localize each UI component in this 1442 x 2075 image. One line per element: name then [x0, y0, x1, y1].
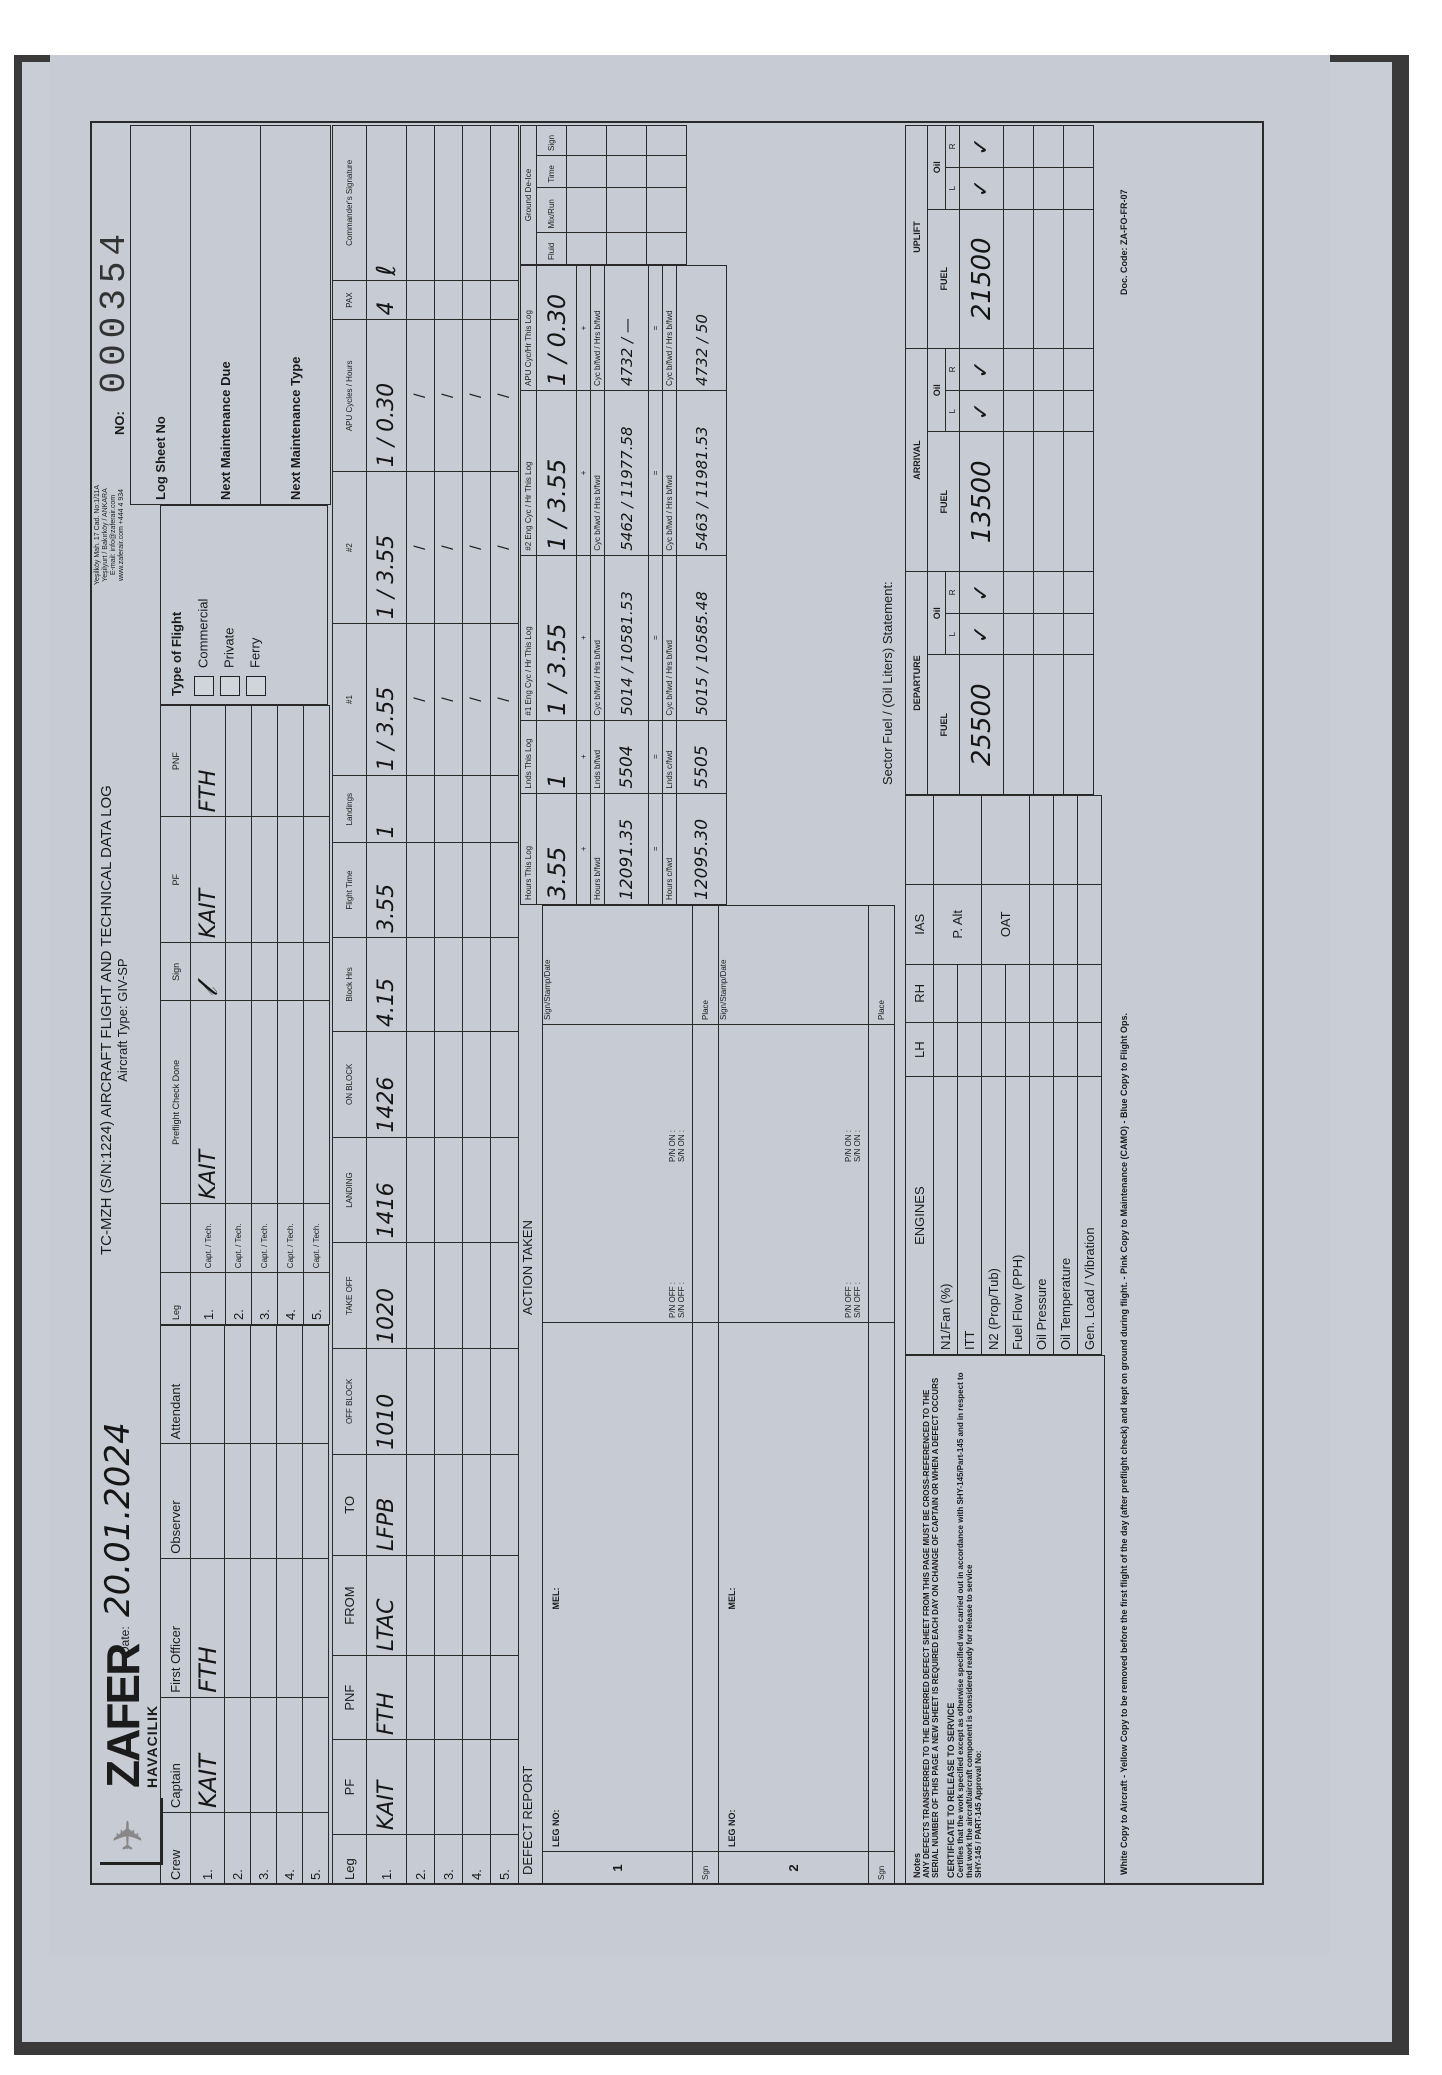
off-block-cell[interactable]: 1010 — [367, 1349, 407, 1455]
eng2-cfwd[interactable]: 5463 / 11981.53 — [677, 390, 727, 555]
pf-cell[interactable] — [435, 1740, 463, 1835]
oil-cell[interactable] — [1064, 126, 1094, 168]
engine-param: ITT — [958, 1077, 982, 1355]
captain-cell[interactable] — [303, 1697, 329, 1812]
oil-cell[interactable] — [1004, 349, 1034, 391]
rh-cell[interactable] — [1006, 964, 1030, 1023]
hours-this-log-header: Hours This Log — [521, 793, 537, 904]
sign-cell[interactable] — [278, 943, 304, 1001]
checkbox[interactable] — [194, 676, 214, 696]
sector-fuel-label: Sector Fuel / (Oil Liters) Statement: — [880, 581, 895, 785]
deice-cell[interactable] — [567, 155, 607, 187]
fuel-cell[interactable] — [1004, 432, 1034, 572]
off-block-cell[interactable] — [491, 1349, 519, 1455]
eng1-cfwd[interactable]: 5015 / 10585.48 — [677, 555, 727, 720]
on-block-cell[interactable] — [407, 1031, 435, 1137]
leg-num: 2. — [407, 1835, 435, 1885]
on-block-header: ON BLOCK — [333, 1031, 367, 1137]
eng1-cell[interactable]: / — [435, 624, 463, 776]
option-private[interactable]: Private — [220, 514, 240, 696]
take-off-cell[interactable]: 1020 — [367, 1243, 407, 1349]
option-label: Ferry — [247, 638, 262, 668]
hours-cfwd[interactable]: 12095.30 — [677, 793, 727, 904]
fuel-cell[interactable] — [1034, 209, 1064, 349]
to-cell[interactable] — [407, 1454, 435, 1555]
to-cell[interactable] — [435, 1454, 463, 1555]
departure-oil-l[interactable]: ✓ — [960, 613, 1004, 655]
next-maint-type[interactable]: Next Maintenance Type — [261, 126, 331, 505]
fo-cell[interactable]: FTH — [191, 1558, 225, 1697]
attendant-cell[interactable] — [191, 1326, 225, 1444]
contact-line: www.zaferair.com +444 4 934 — [118, 455, 126, 615]
on-block-cell[interactable] — [463, 1031, 491, 1137]
pf-acceptance[interactable] — [304, 817, 330, 943]
observer-cell[interactable] — [191, 1444, 225, 1558]
pnf-acceptance[interactable] — [252, 706, 278, 817]
on-block-cell[interactable]: 1426 — [367, 1031, 407, 1137]
pax-header: PAX — [333, 280, 367, 320]
pnf-cell[interactable] — [435, 1656, 463, 1740]
oil-cell[interactable] — [1034, 613, 1064, 655]
crew-row: 4. — [277, 1326, 303, 1885]
oil-cell[interactable] — [1034, 349, 1064, 391]
rh-cell[interactable] — [1030, 964, 1054, 1023]
sign-stamp-date[interactable]: Sign/Stamp/Date — [719, 906, 869, 1025]
block-hrs-cell[interactable] — [407, 937, 435, 1031]
attendant-cell[interactable] — [277, 1326, 303, 1444]
pnf-cell[interactable] — [463, 1656, 491, 1740]
rh-header: RH — [906, 964, 934, 1023]
deice-cell[interactable] — [607, 233, 647, 265]
next-maint-due[interactable]: Next Maintenance Due — [191, 126, 261, 505]
crew-num: 3. — [251, 1812, 277, 1884]
oil-cell[interactable] — [1034, 126, 1064, 168]
action-sign[interactable] — [869, 1025, 895, 1323]
fuel-cell[interactable] — [1064, 655, 1094, 795]
oil-cell[interactable] — [1034, 167, 1064, 209]
uplift-oil-l[interactable]: ✓ — [960, 167, 1004, 209]
on-block-cell[interactable] — [435, 1031, 463, 1137]
oat-value[interactable] — [982, 796, 1030, 885]
leg-num: 5. — [304, 1273, 330, 1325]
sign-stamp-date[interactable]: Sign/Stamp/Date — [543, 906, 693, 1025]
observer-cell[interactable] — [303, 1444, 329, 1558]
leg-header: Leg — [333, 1835, 367, 1885]
ias-value[interactable] — [906, 796, 934, 885]
crew-num: 5. — [303, 1812, 329, 1884]
deice-cell[interactable] — [567, 187, 607, 233]
captain-cell[interactable]: KAIT — [191, 1697, 225, 1812]
flight-time-cell[interactable] — [435, 843, 463, 937]
lh-cell[interactable] — [1030, 1023, 1054, 1077]
landing-cell[interactable] — [491, 1137, 519, 1243]
arrival-oil-r[interactable]: ✓ — [960, 349, 1004, 391]
block-hrs-cell[interactable] — [491, 937, 519, 1031]
deice-cell[interactable] — [647, 187, 687, 233]
landing-cell[interactable] — [407, 1137, 435, 1243]
eng2-cell[interactable]: / — [463, 472, 491, 624]
from-cell[interactable]: LTAC — [367, 1555, 407, 1655]
oil-cell[interactable] — [1004, 126, 1034, 168]
sn-on: S/N ON : — [853, 1130, 862, 1162]
sig-cell[interactable] — [463, 126, 491, 281]
pax-cell[interactable] — [491, 280, 519, 320]
defect-text[interactable]: LEG NO: MEL: — [719, 1323, 869, 1852]
rh-cell[interactable] — [982, 964, 1006, 1023]
oil-label: Oil — [928, 126, 946, 210]
landings-cell[interactable] — [407, 775, 435, 842]
leg-row: 3./// — [435, 126, 463, 1885]
leg-row: 4./// — [463, 126, 491, 1885]
apu-cell[interactable]: / — [491, 320, 519, 472]
crs-text: Certifies that the work specified except… — [956, 1362, 974, 1878]
sig-cell[interactable] — [491, 126, 519, 281]
leg-no-label: LEG NO: — [727, 1810, 737, 1848]
type-of-flight-label: Type of Flight — [169, 514, 184, 696]
eng2-bfwd[interactable]: 5462 / 11977.58 — [605, 390, 649, 555]
eng1-cell[interactable]: / — [491, 624, 519, 776]
defect-sign[interactable] — [693, 1323, 719, 1852]
preflight-by[interactable] — [278, 1001, 304, 1204]
departure-fuel[interactable]: 25500 — [960, 655, 1004, 795]
flight-time-cell[interactable] — [463, 843, 491, 937]
apu-cfwd[interactable]: 4732 / 50 — [677, 266, 727, 391]
rh-cell[interactable] — [1054, 964, 1078, 1023]
from-cell[interactable] — [491, 1555, 519, 1655]
place-cell[interactable]: Place — [693, 906, 719, 1025]
p-alt-value[interactable] — [934, 796, 982, 885]
eng1-cell[interactable]: / — [463, 624, 491, 776]
to-cell[interactable]: LFPB — [367, 1454, 407, 1555]
deice-cell[interactable] — [567, 126, 607, 156]
fuel-cell[interactable] — [1064, 432, 1094, 572]
action-text[interactable]: P/N OFF :S/N OFF : P/N ON :S/N ON : — [719, 1025, 869, 1323]
defect-num: 2 — [719, 1852, 869, 1885]
landings-cell[interactable]: 1 — [367, 775, 407, 842]
equals-sign: = — [649, 390, 663, 555]
plane-logo-icon — [100, 1798, 163, 1865]
eng2-header: #2 — [333, 472, 367, 624]
block-hrs-cell[interactable]: 4.15 — [367, 937, 407, 1031]
doc-code: Doc. Code: ZA-FO-FR-07 — [1120, 190, 1129, 296]
eng1-this-log[interactable]: 1 / 3.55 — [537, 555, 577, 720]
fuel-cell[interactable] — [1034, 432, 1064, 572]
oil-cell[interactable] — [1034, 572, 1064, 614]
pnf-cell[interactable] — [407, 1656, 435, 1740]
landings-cell[interactable] — [491, 775, 519, 842]
landing-cell[interactable] — [463, 1137, 491, 1243]
oil-cell[interactable] — [1064, 613, 1094, 655]
leg-num: 3. — [252, 1273, 278, 1325]
sign-cell[interactable] — [304, 943, 330, 1001]
uplift-oil-r[interactable]: ✓ — [960, 126, 1004, 168]
oil-cell[interactable] — [1004, 167, 1034, 209]
tech-log-sheet: ZAFER HAVACILIK Date: 20.01.2024 TC-MZH … — [50, 55, 1330, 1955]
deice-cell[interactable] — [647, 233, 687, 265]
oil-cell[interactable] — [1034, 390, 1064, 432]
engine-param: Fuel Flow (PPH) — [1006, 1077, 1030, 1355]
commander-sig-header: Commander's Signature — [333, 126, 367, 281]
lh-cell[interactable] — [1078, 1023, 1102, 1077]
checkbox[interactable] — [246, 676, 266, 696]
sheet-number: NO: 000354 — [94, 228, 135, 435]
arrival-label: ARRIVAL — [906, 349, 928, 572]
oil-cell[interactable] — [1004, 613, 1034, 655]
fuel-cell[interactable] — [1004, 209, 1034, 349]
from-cell[interactable] — [463, 1555, 491, 1655]
lnds-bfwd[interactable]: 5504 — [605, 720, 649, 793]
ground-deice-label: Ground De-Ice — [521, 126, 537, 265]
arrival-fuel[interactable]: 13500 — [960, 432, 1004, 572]
company-name: ZAFER — [97, 1645, 149, 1788]
landings-cell[interactable] — [435, 775, 463, 842]
contact-line: Yeşilköy Mah. 17 Cad. No:1/11A — [94, 455, 102, 615]
pnf-acceptance[interactable] — [304, 706, 330, 817]
off-block-cell[interactable] — [407, 1349, 435, 1455]
crew-row: 2. — [225, 1326, 251, 1885]
page-title: TC-MZH (S/N:1224) AIRCRAFT FLIGHT AND TE… — [98, 785, 130, 1255]
off-block-header: OFF BLOCK — [333, 1349, 367, 1455]
observer-header: Observer — [161, 1444, 191, 1558]
equals-sign: = — [649, 720, 663, 793]
rh-cell[interactable] — [958, 964, 982, 1023]
crs-title: CERTIFICATE TO RELEASE TO SERVICE — [946, 1362, 956, 1878]
from-cell[interactable] — [407, 1555, 435, 1655]
oil-cell[interactable] — [1064, 349, 1094, 391]
defect-entry: 2 LEG NO: MEL: P/N OFF :S/N OFF : P/N ON… — [719, 906, 869, 1885]
log-sheet-info: Log Sheet No Next Maintenance Due Next M… — [130, 125, 331, 505]
attendant-cell[interactable] — [303, 1326, 329, 1444]
flight-time-cell[interactable] — [491, 843, 519, 937]
leg-num: 3. — [435, 1835, 463, 1885]
deice-cell[interactable] — [567, 233, 607, 265]
attendant-header: Attendant — [161, 1326, 191, 1444]
fo-cell[interactable] — [303, 1558, 329, 1697]
deice-cell[interactable] — [607, 155, 647, 187]
pf-cell[interactable] — [491, 1740, 519, 1835]
eng1-bfwd[interactable]: 5014 / 10581.53 — [605, 555, 649, 720]
pnf-acceptance[interactable] — [226, 706, 252, 817]
apu-cell[interactable]: / — [435, 320, 463, 472]
apu-bfwd[interactable]: 4732 / — — [605, 266, 649, 391]
landing-cell[interactable]: 1416 — [367, 1137, 407, 1243]
apu-cell[interactable]: 1 / 0.30 — [367, 320, 407, 472]
lh-cell[interactable] — [982, 1023, 1006, 1077]
off-block-cell[interactable] — [435, 1349, 463, 1455]
roles: Capt. / Tech. — [191, 1204, 226, 1273]
pf-acceptance[interactable]: KAIT — [191, 817, 226, 943]
signature-icon[interactable]: 𝓁 — [191, 943, 226, 1001]
pf-acceptance[interactable] — [226, 817, 252, 943]
crew-row: 3. — [251, 1326, 277, 1885]
eng2-cell[interactable]: / — [491, 472, 519, 624]
preflight-by[interactable]: KAIT — [191, 1001, 226, 1204]
ground-deice-table: Ground De-Ice Fluid Mix/Run Time Sign — [520, 125, 687, 265]
pnf-cell[interactable]: FTH — [367, 1656, 407, 1740]
captain-cell[interactable] — [277, 1697, 303, 1812]
defect-table: 1 LEG NO: MEL: P/N OFF :S/N OFF : P/N ON… — [542, 905, 895, 1885]
preflight-row: 4.Capt. / Tech. — [278, 706, 304, 1325]
pf-acceptance[interactable] — [278, 817, 304, 943]
sig-cell[interactable] — [435, 126, 463, 281]
defect-text[interactable]: LEG NO: MEL: — [543, 1323, 693, 1852]
fo-cell[interactable] — [225, 1558, 251, 1697]
attendant-cell[interactable] — [225, 1326, 251, 1444]
apu-cell[interactable]: / — [407, 320, 435, 472]
landings-cell[interactable] — [463, 775, 491, 842]
notes-title: Notes — [912, 1362, 922, 1878]
deice-cell[interactable] — [647, 126, 687, 156]
lnds-this-log[interactable]: 1 — [537, 720, 577, 793]
eng1-cell[interactable]: / — [407, 624, 435, 776]
eng2-cell[interactable]: 1 / 3.55 — [367, 472, 407, 624]
take-off-cell[interactable] — [463, 1243, 491, 1349]
deice-cell[interactable] — [607, 126, 647, 156]
oat-label: OAT — [982, 885, 1030, 965]
lh-cell[interactable] — [1006, 1023, 1030, 1077]
rh-cell[interactable] — [934, 964, 958, 1023]
fuel-cell[interactable] — [1004, 655, 1034, 795]
pax-cell[interactable] — [463, 280, 491, 320]
eng2-cell[interactable]: / — [407, 472, 435, 624]
lh-cell[interactable] — [1054, 1023, 1078, 1077]
pnf-acceptance[interactable] — [278, 706, 304, 817]
defect-sign[interactable] — [869, 1323, 895, 1852]
pax-cell[interactable] — [435, 280, 463, 320]
option-label: Commercial — [195, 599, 210, 668]
plus-sign: + — [577, 793, 591, 904]
preflight-by[interactable] — [252, 1001, 278, 1204]
deice-cell[interactable] — [647, 155, 687, 187]
notes-box: Notes ANY DEFECTS TRANSFERRED TO THE DEF… — [905, 1355, 1105, 1885]
oil-cell[interactable] — [1004, 572, 1034, 614]
sn-off: S/N OFF : — [677, 1282, 686, 1318]
r-label: R — [946, 126, 960, 168]
fo-cell[interactable] — [277, 1558, 303, 1697]
place-cell[interactable]: Place — [869, 906, 895, 1025]
pnf-header: PNF — [333, 1656, 367, 1740]
off-block-cell[interactable] — [463, 1349, 491, 1455]
pnf-acceptance[interactable]: FTH — [191, 706, 226, 817]
observer-cell[interactable] — [251, 1444, 277, 1558]
flight-time-cell[interactable] — [407, 843, 435, 937]
crew-num: 1. — [191, 1812, 225, 1884]
eng2-this-log-header: #2 Eng Cyc / Hr This Log — [521, 390, 537, 555]
from-cell[interactable] — [435, 1555, 463, 1655]
pn-on: P/N ON : — [844, 1130, 853, 1162]
uplift-fuel[interactable]: 21500 — [960, 209, 1004, 349]
pf-acceptance[interactable] — [252, 817, 278, 943]
observer-cell[interactable] — [277, 1444, 303, 1558]
landing-cell[interactable] — [435, 1137, 463, 1243]
block-hrs-cell[interactable] — [463, 937, 491, 1031]
apu-this-log-header: APU Cyc/Hr This Log — [521, 266, 537, 391]
defect-report-label: DEFECT REPORT — [520, 1766, 535, 1875]
take-off-cell[interactable] — [491, 1243, 519, 1349]
take-off-cell[interactable] — [435, 1243, 463, 1349]
captain-cell[interactable] — [251, 1697, 277, 1812]
eng1-this-log-header: #1 Eng Cyc / Hr This Log — [521, 555, 537, 720]
ias-header: IAS — [906, 885, 934, 965]
take-off-cell[interactable] — [407, 1243, 435, 1349]
fuel-cell[interactable] — [1034, 655, 1064, 795]
arrival-oil-l[interactable]: ✓ — [960, 390, 1004, 432]
date-label: Date: — [118, 1626, 132, 1655]
checkbox[interactable] — [220, 676, 240, 696]
pax-cell[interactable] — [407, 280, 435, 320]
fo-cell[interactable] — [251, 1558, 277, 1697]
oil-cell[interactable] — [1064, 572, 1094, 614]
option-ferry[interactable]: Ferry — [246, 514, 266, 696]
type-of-flight: Type of Flight Commercial Private Ferry — [160, 505, 328, 705]
lh-cell[interactable] — [958, 1023, 982, 1077]
lh-cell[interactable] — [934, 1023, 958, 1077]
signature-icon[interactable]: ℓ — [367, 126, 407, 281]
engine-param: N2 (Prop/Tub) — [982, 1077, 1006, 1355]
mel-label: MEL: — [727, 1588, 737, 1610]
apu-cell[interactable]: / — [463, 320, 491, 472]
engines-table: ENGINES LH RH IAS N1/Fan (%)P. Alt ITT N… — [905, 795, 1102, 1355]
flight-time-cell[interactable]: 3.55 — [367, 843, 407, 937]
eng2-this-log[interactable]: 1 / 3.55 — [537, 390, 577, 555]
action-sign[interactable] — [693, 1025, 719, 1323]
engine-param: Gen. Load / Vibration — [1078, 1077, 1102, 1355]
hours-bfwd[interactable]: 12091.35 — [605, 793, 649, 904]
departure-oil-r[interactable]: ✓ — [960, 572, 1004, 614]
sign-cell[interactable] — [252, 943, 278, 1001]
l-label: L — [946, 613, 960, 655]
hours-this-log[interactable]: 3.55 — [537, 793, 577, 904]
no-value: 000354 — [94, 228, 135, 394]
on-block-cell[interactable] — [491, 1031, 519, 1137]
eng1-cell[interactable]: 1 / 3.55 — [367, 624, 407, 776]
pax-cell[interactable]: 4 — [367, 280, 407, 320]
action-text[interactable]: P/N OFF :S/N OFF : P/N ON :S/N ON : — [543, 1025, 693, 1323]
take-off-header: TAKE OFF — [333, 1243, 367, 1349]
leg-row: 1. KAIT FTH LTAC LFPB 1010 1020 1416 142… — [367, 126, 407, 1885]
to-cell[interactable] — [491, 1454, 519, 1555]
to-header: TO — [333, 1454, 367, 1555]
date-field[interactable]: Date: 20.01.2024 — [98, 1422, 138, 1655]
sign-cell[interactable] — [226, 943, 252, 1001]
pf-cell[interactable]: KAIT — [367, 1740, 407, 1835]
oil-cell[interactable] — [1064, 390, 1094, 432]
pf-cell[interactable] — [407, 1740, 435, 1835]
observer-cell[interactable] — [225, 1444, 251, 1558]
sign-header: Sign — [537, 126, 567, 156]
preflight-by[interactable] — [304, 1001, 330, 1204]
eng2-cell[interactable]: / — [435, 472, 463, 624]
sig-cell[interactable] — [407, 126, 435, 281]
crew-row: 1. KAIT FTH — [191, 1326, 225, 1885]
preflight-by[interactable] — [226, 1001, 252, 1204]
option-commercial[interactable]: Commercial — [194, 514, 214, 696]
fuel-cell[interactable] — [1064, 209, 1094, 349]
deice-cell[interactable] — [607, 187, 647, 233]
oil-cell[interactable] — [1004, 390, 1034, 432]
plus-sign: + — [577, 720, 591, 793]
pnf-cell[interactable] — [491, 1656, 519, 1740]
apu-this-log[interactable]: 1 / 0.30 — [537, 266, 577, 391]
pf-cell[interactable] — [463, 1740, 491, 1835]
lnds-cfwd[interactable]: 5505 — [677, 720, 727, 793]
attendant-cell[interactable] — [251, 1326, 277, 1444]
oil-cell[interactable] — [1064, 167, 1094, 209]
block-hrs-cell[interactable] — [435, 937, 463, 1031]
to-cell[interactable] — [463, 1454, 491, 1555]
rh-cell[interactable] — [1078, 964, 1102, 1023]
captain-cell[interactable] — [225, 1697, 251, 1812]
